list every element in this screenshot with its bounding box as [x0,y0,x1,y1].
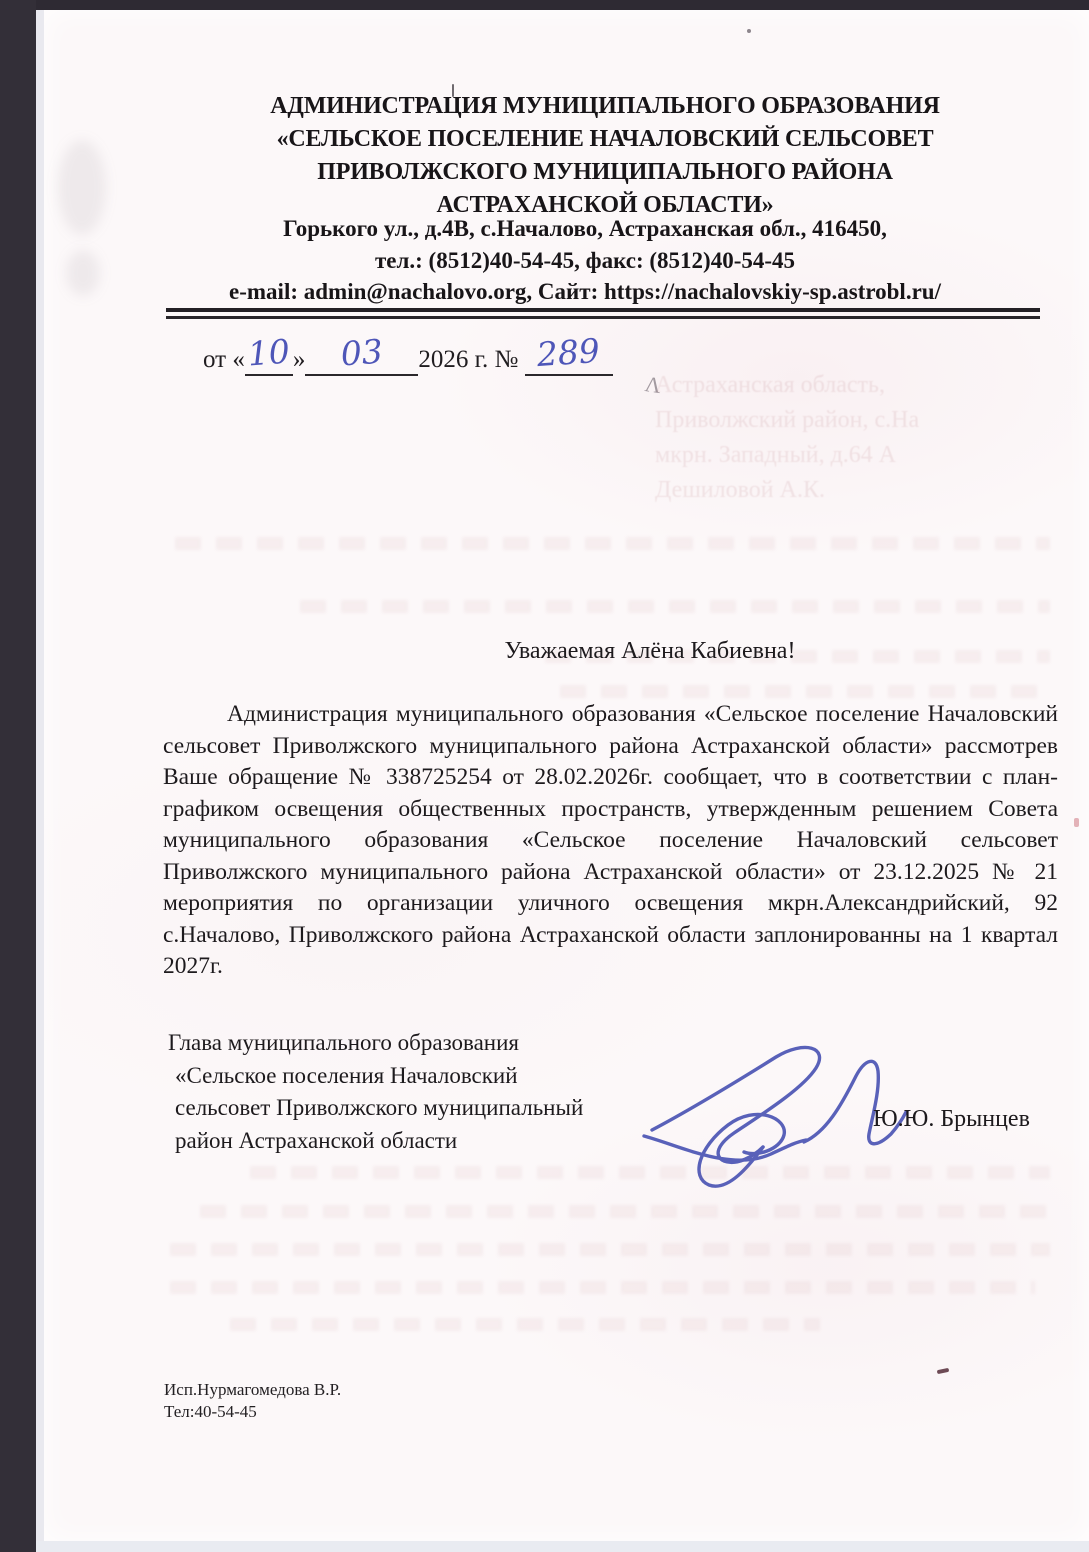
letterhead-address: Горького ул., д.4В, с.Началово, Астрахан… [120,213,1050,245]
ref-year: 2026 г. № [418,346,518,373]
executor-phone: Тел:40-54-45 [164,1401,341,1423]
signer-title-line: сельсовет Приволжского муниципальный [168,1092,638,1125]
bleed-through-address: Астраханская область, Приволжский район,… [655,368,1055,508]
ref-month-slot: 03 [305,346,418,376]
handwritten-number: 289 [536,341,600,365]
signer-name: Ю.Ю. Брынцев [873,1106,1030,1133]
bleed-through-line: мкрн. Западный, д.64 А [655,438,1055,473]
letterhead-double-rule [166,308,1040,319]
ref-prefix: от « [203,346,245,373]
letterhead-contacts: Горького ул., д.4В, с.Началово, Астрахан… [120,213,1050,308]
viewer-background-strip [36,1541,1089,1552]
scan-edge-gap [36,0,44,1552]
org-line: ПРИВОЛЖСКОГО МУНИЦИПАЛЬНОГО РАЙОНА [160,156,1050,189]
ref-close-quote: » [293,346,306,373]
scan-speck [452,84,454,97]
letterhead-org-name: АДМИНИСТРАЦИЯ МУНИЦИПАЛЬНОГО ОБРАЗОВАНИЯ… [160,90,1050,222]
org-line: «СЕЛЬСКОЕ ПОСЕЛЕНИЕ НАЧАЛОВСКИЙ СЕЛЬСОВЕ… [160,123,1050,156]
bleed-through-strip [300,600,1050,613]
ref-number-slot: 289 [525,346,613,376]
letterhead-email-site: e-mail: admin@nachalovo.org, Сайт: https… [120,276,1050,308]
executor-name: Исп.Нурмагомедова В.Р. [164,1379,341,1401]
letter-body: Администрация муниципального образования… [163,699,1058,983]
handwritten-month: 03 [340,342,383,365]
ref-day-slot: 10 [245,346,293,376]
scan-border-top [36,0,1089,10]
reference-line: от «10»032026 г. № 289 [203,346,613,376]
bleed-through-strip [560,685,1050,698]
bleed-through-strip [250,1166,1050,1179]
pencil-smudge [66,250,100,296]
scanned-letter-page: АДМИНИСТРАЦИЯ МУНИЦИПАЛЬНОГО ОБРАЗОВАНИЯ… [0,0,1089,1552]
scan-speck [1074,818,1079,827]
scan-speck [747,29,751,33]
bleed-through-strip [200,1205,1050,1218]
handwritten-day: 10 [247,342,290,365]
signer-title-line: район Астраханской области [168,1125,638,1158]
executor-block: Исп.Нурмагомедова В.Р. Тел:40-54-45 [164,1379,341,1423]
bleed-through-strip [170,1281,1035,1294]
org-line: АДМИНИСТРАЦИЯ МУНИЦИПАЛЬНОГО ОБРАЗОВАНИЯ [160,90,1050,123]
bleed-through-line: Приволжский район, с.На [655,403,1055,438]
signer-title-line: Глава муниципального образования [168,1027,638,1060]
signer-title: Глава муниципального образования «Сельск… [168,1027,638,1157]
letterhead-phones: тел.: (8512)40-54-45, факс: (8512)40-54-… [120,245,1050,277]
salutation: Уважаемая Алёна Кабиевна! [250,638,1050,665]
bleed-through-strip [175,537,1050,550]
bleed-through-line: Дешиловой А.К. [655,473,1055,508]
scan-border-left [0,0,36,1552]
bleed-through-line: Астраханская область, [655,368,1055,403]
bleed-through-strip [230,1318,820,1331]
signer-title-line: «Сельское поселения Началовский [168,1060,638,1093]
pencil-smudge [58,140,106,235]
bleed-through-strip [170,1243,1050,1256]
